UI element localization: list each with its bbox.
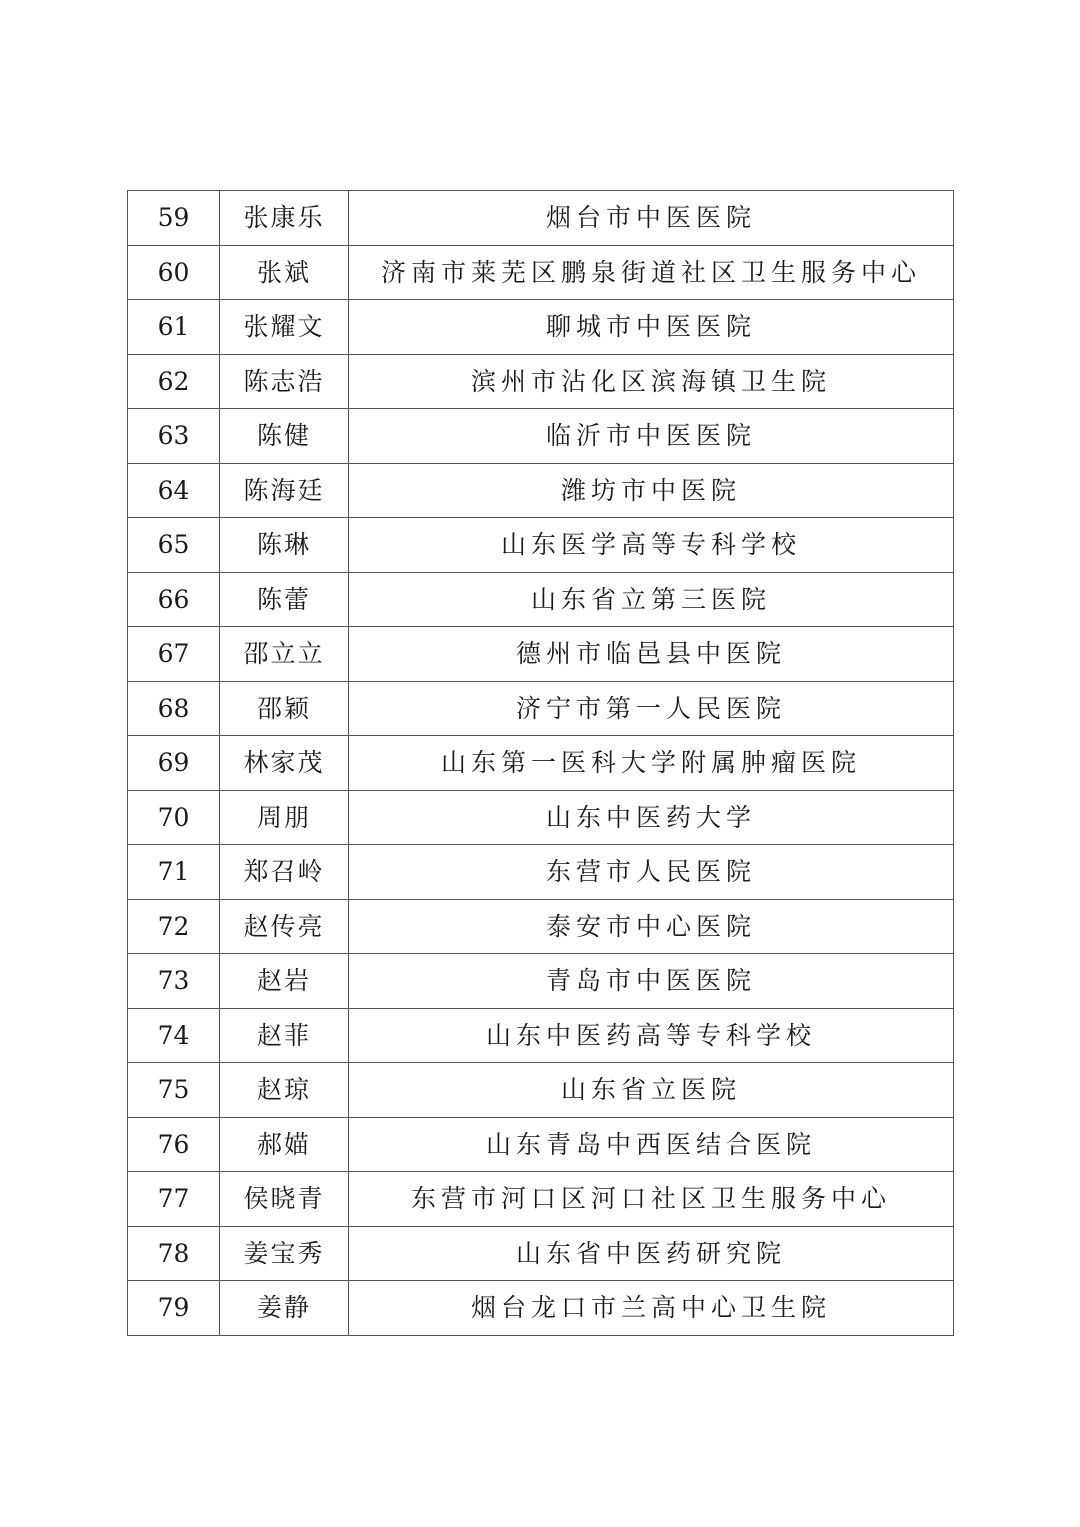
- table-row: 66 陈蕾 山东省立第三医院: [128, 572, 954, 627]
- person-name-cell: 陈海廷: [220, 463, 349, 518]
- row-number-cell: 72: [128, 899, 220, 954]
- table-row: 72 赵传亮 泰安市中心医院: [128, 899, 954, 954]
- table-row: 67 邵立立 德州市临邑县中医院: [128, 627, 954, 682]
- organization-cell: 泰安市中心医院: [349, 899, 954, 954]
- row-number-cell: 68: [128, 681, 220, 736]
- person-name-cell: 陈健: [220, 409, 349, 464]
- person-name-cell: 林家茂: [220, 736, 349, 791]
- row-number-cell: 63: [128, 409, 220, 464]
- organization-cell: 潍坊市中医院: [349, 463, 954, 518]
- row-number-cell: 61: [128, 300, 220, 355]
- organization-cell: 山东青岛中西医结合医院: [349, 1117, 954, 1172]
- table-row: 62 陈志浩 滨州市沾化区滨海镇卫生院: [128, 354, 954, 409]
- person-name-cell: 张康乐: [220, 191, 349, 246]
- person-name-cell: 陈蕾: [220, 572, 349, 627]
- row-number-cell: 70: [128, 790, 220, 845]
- organization-cell: 山东中医药高等专科学校: [349, 1008, 954, 1063]
- organization-cell: 山东第一医科大学附属肿瘤医院: [349, 736, 954, 791]
- organization-cell: 临沂市中医医院: [349, 409, 954, 464]
- row-number-cell: 74: [128, 1008, 220, 1063]
- organization-cell: 东营市河口区河口社区卫生服务中心: [349, 1172, 954, 1227]
- table-row: 60 张斌 济南市莱芜区鹏泉街道社区卫生服务中心: [128, 245, 954, 300]
- organization-cell: 山东医学高等专科学校: [349, 518, 954, 573]
- organization-cell: 济宁市第一人民医院: [349, 681, 954, 736]
- row-number-cell: 64: [128, 463, 220, 518]
- row-number-cell: 75: [128, 1063, 220, 1118]
- roster-table-body: 59 张康乐 烟台市中医医院 60 张斌 济南市莱芜区鹏泉街道社区卫生服务中心 …: [128, 191, 954, 1336]
- table-row: 68 邵颖 济宁市第一人民医院: [128, 681, 954, 736]
- table-row: 73 赵岩 青岛市中医医院: [128, 954, 954, 1009]
- organization-cell: 青岛市中医医院: [349, 954, 954, 1009]
- row-number-cell: 59: [128, 191, 220, 246]
- roster-table: 59 张康乐 烟台市中医医院 60 张斌 济南市莱芜区鹏泉街道社区卫生服务中心 …: [127, 190, 954, 1336]
- table-row: 76 郝媌 山东青岛中西医结合医院: [128, 1117, 954, 1172]
- person-name-cell: 郝媌: [220, 1117, 349, 1172]
- row-number-cell: 67: [128, 627, 220, 682]
- organization-cell: 东营市人民医院: [349, 845, 954, 900]
- table-row: 63 陈健 临沂市中医医院: [128, 409, 954, 464]
- organization-cell: 滨州市沾化区滨海镇卫生院: [349, 354, 954, 409]
- row-number-cell: 71: [128, 845, 220, 900]
- person-name-cell: 赵琼: [220, 1063, 349, 1118]
- person-name-cell: 赵传亮: [220, 899, 349, 954]
- person-name-cell: 陈琳: [220, 518, 349, 573]
- table-row: 77 侯晓青 东营市河口区河口社区卫生服务中心: [128, 1172, 954, 1227]
- organization-cell: 山东省中医药研究院: [349, 1226, 954, 1281]
- organization-cell: 山东中医药大学: [349, 790, 954, 845]
- organization-cell: 山东省立医院: [349, 1063, 954, 1118]
- person-name-cell: 邵颖: [220, 681, 349, 736]
- table-row: 75 赵琼 山东省立医院: [128, 1063, 954, 1118]
- row-number-cell: 65: [128, 518, 220, 573]
- row-number-cell: 69: [128, 736, 220, 791]
- person-name-cell: 姜宝秀: [220, 1226, 349, 1281]
- table-row: 59 张康乐 烟台市中医医院: [128, 191, 954, 246]
- document-page: 59 张康乐 烟台市中医医院 60 张斌 济南市莱芜区鹏泉街道社区卫生服务中心 …: [0, 0, 1080, 1527]
- person-name-cell: 侯晓青: [220, 1172, 349, 1227]
- row-number-cell: 76: [128, 1117, 220, 1172]
- organization-cell: 济南市莱芜区鹏泉街道社区卫生服务中心: [349, 245, 954, 300]
- row-number-cell: 79: [128, 1281, 220, 1336]
- person-name-cell: 赵岩: [220, 954, 349, 1009]
- person-name-cell: 郑召岭: [220, 845, 349, 900]
- row-number-cell: 66: [128, 572, 220, 627]
- organization-cell: 烟台市中医医院: [349, 191, 954, 246]
- table-row: 61 张耀文 聊城市中医医院: [128, 300, 954, 355]
- person-name-cell: 赵菲: [220, 1008, 349, 1063]
- table-row: 71 郑召岭 东营市人民医院: [128, 845, 954, 900]
- row-number-cell: 77: [128, 1172, 220, 1227]
- row-number-cell: 60: [128, 245, 220, 300]
- person-name-cell: 姜静: [220, 1281, 349, 1336]
- table-row: 69 林家茂 山东第一医科大学附属肿瘤医院: [128, 736, 954, 791]
- table-row: 74 赵菲 山东中医药高等专科学校: [128, 1008, 954, 1063]
- organization-cell: 山东省立第三医院: [349, 572, 954, 627]
- table-row: 79 姜静 烟台龙口市兰高中心卫生院: [128, 1281, 954, 1336]
- row-number-cell: 73: [128, 954, 220, 1009]
- table-row: 64 陈海廷 潍坊市中医院: [128, 463, 954, 518]
- person-name-cell: 邵立立: [220, 627, 349, 682]
- organization-cell: 德州市临邑县中医院: [349, 627, 954, 682]
- person-name-cell: 陈志浩: [220, 354, 349, 409]
- table-row: 65 陈琳 山东医学高等专科学校: [128, 518, 954, 573]
- table-row: 70 周朋 山东中医药大学: [128, 790, 954, 845]
- person-name-cell: 周朋: [220, 790, 349, 845]
- row-number-cell: 78: [128, 1226, 220, 1281]
- organization-cell: 烟台龙口市兰高中心卫生院: [349, 1281, 954, 1336]
- row-number-cell: 62: [128, 354, 220, 409]
- person-name-cell: 张斌: [220, 245, 349, 300]
- person-name-cell: 张耀文: [220, 300, 349, 355]
- table-row: 78 姜宝秀 山东省中医药研究院: [128, 1226, 954, 1281]
- organization-cell: 聊城市中医医院: [349, 300, 954, 355]
